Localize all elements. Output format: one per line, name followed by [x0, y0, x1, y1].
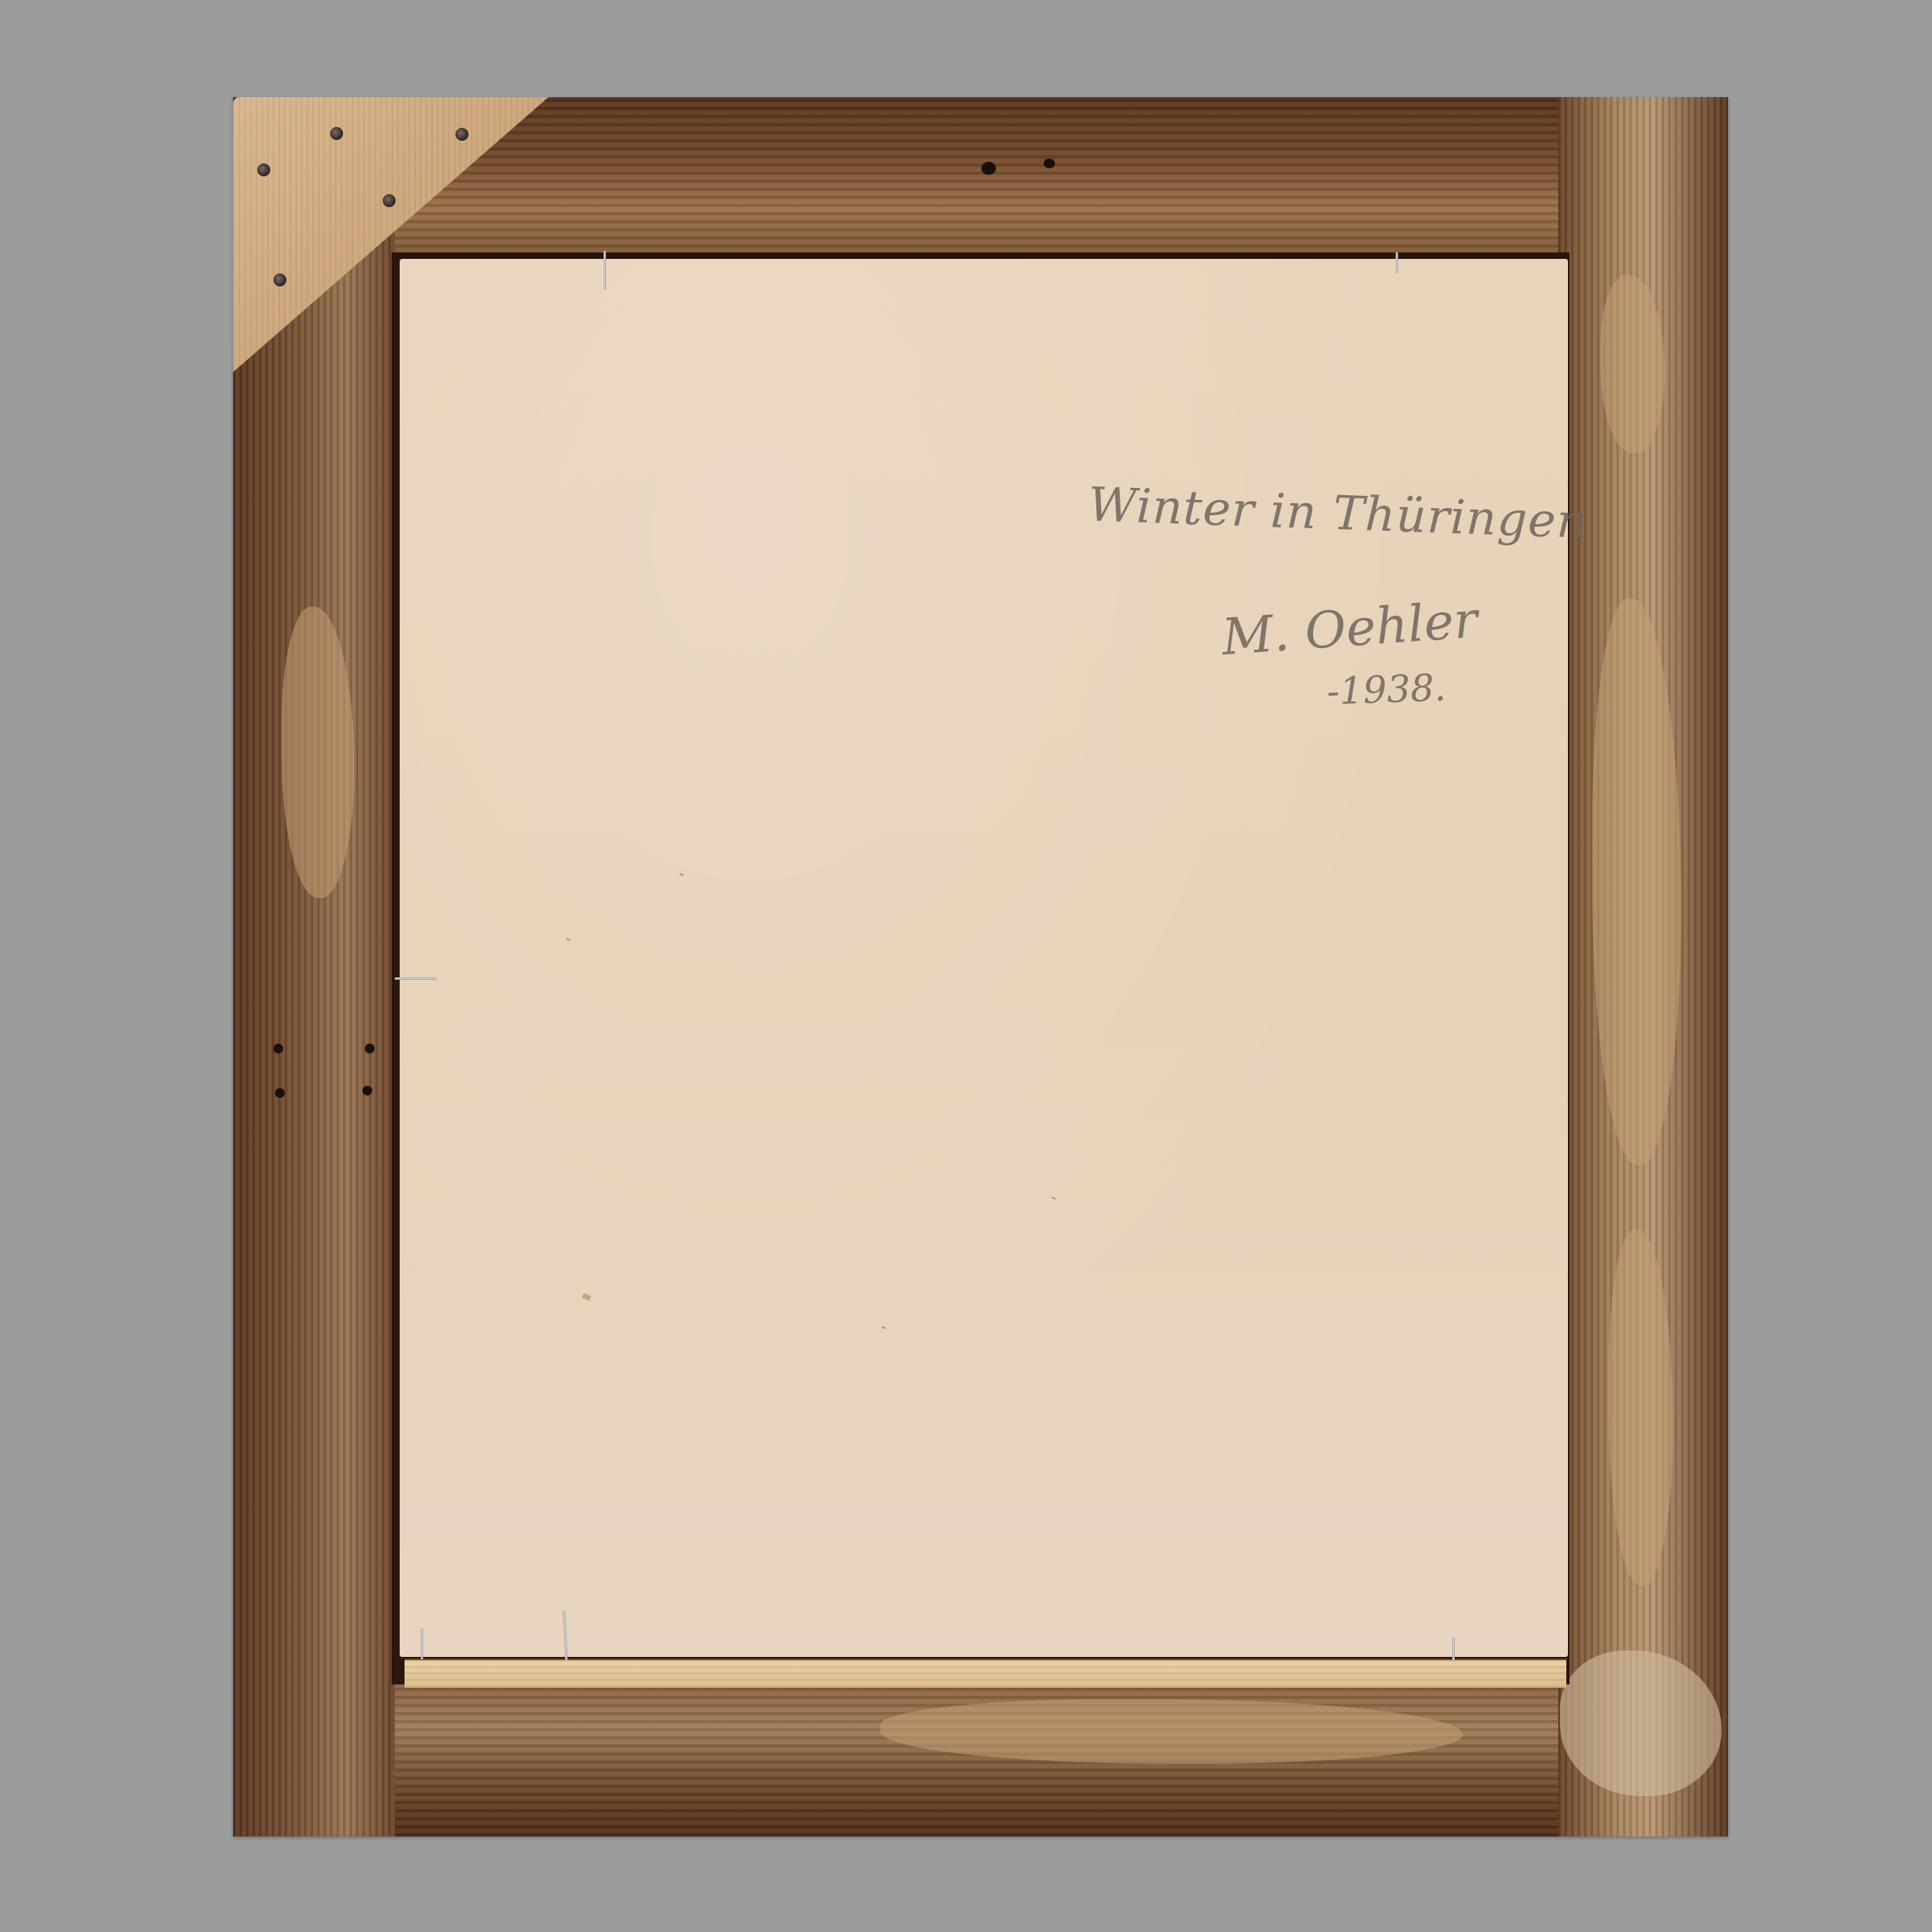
- retaining-pin: [1452, 1638, 1455, 1662]
- backing-board: [400, 259, 1568, 1657]
- bottom-wood-strip: [405, 1659, 1566, 1688]
- wormhole: [1044, 159, 1055, 168]
- nail-icon: [455, 128, 468, 141]
- inscription-year: -1938.: [1326, 665, 1447, 713]
- retaining-pin: [1396, 252, 1398, 273]
- wormhole: [273, 1044, 283, 1053]
- nail-icon: [330, 127, 343, 140]
- nail-icon: [383, 194, 396, 207]
- retaining-pin: [421, 1629, 423, 1659]
- wormhole: [365, 1044, 375, 1053]
- wormhole: [981, 162, 996, 175]
- retaining-pin: [604, 251, 606, 290]
- retaining-pin: [395, 977, 437, 980]
- nail-icon: [257, 163, 270, 176]
- wormhole: [362, 1086, 372, 1095]
- nail-icon: [273, 273, 286, 286]
- wormhole: [275, 1088, 285, 1098]
- frame-rail-left: [233, 97, 395, 1837]
